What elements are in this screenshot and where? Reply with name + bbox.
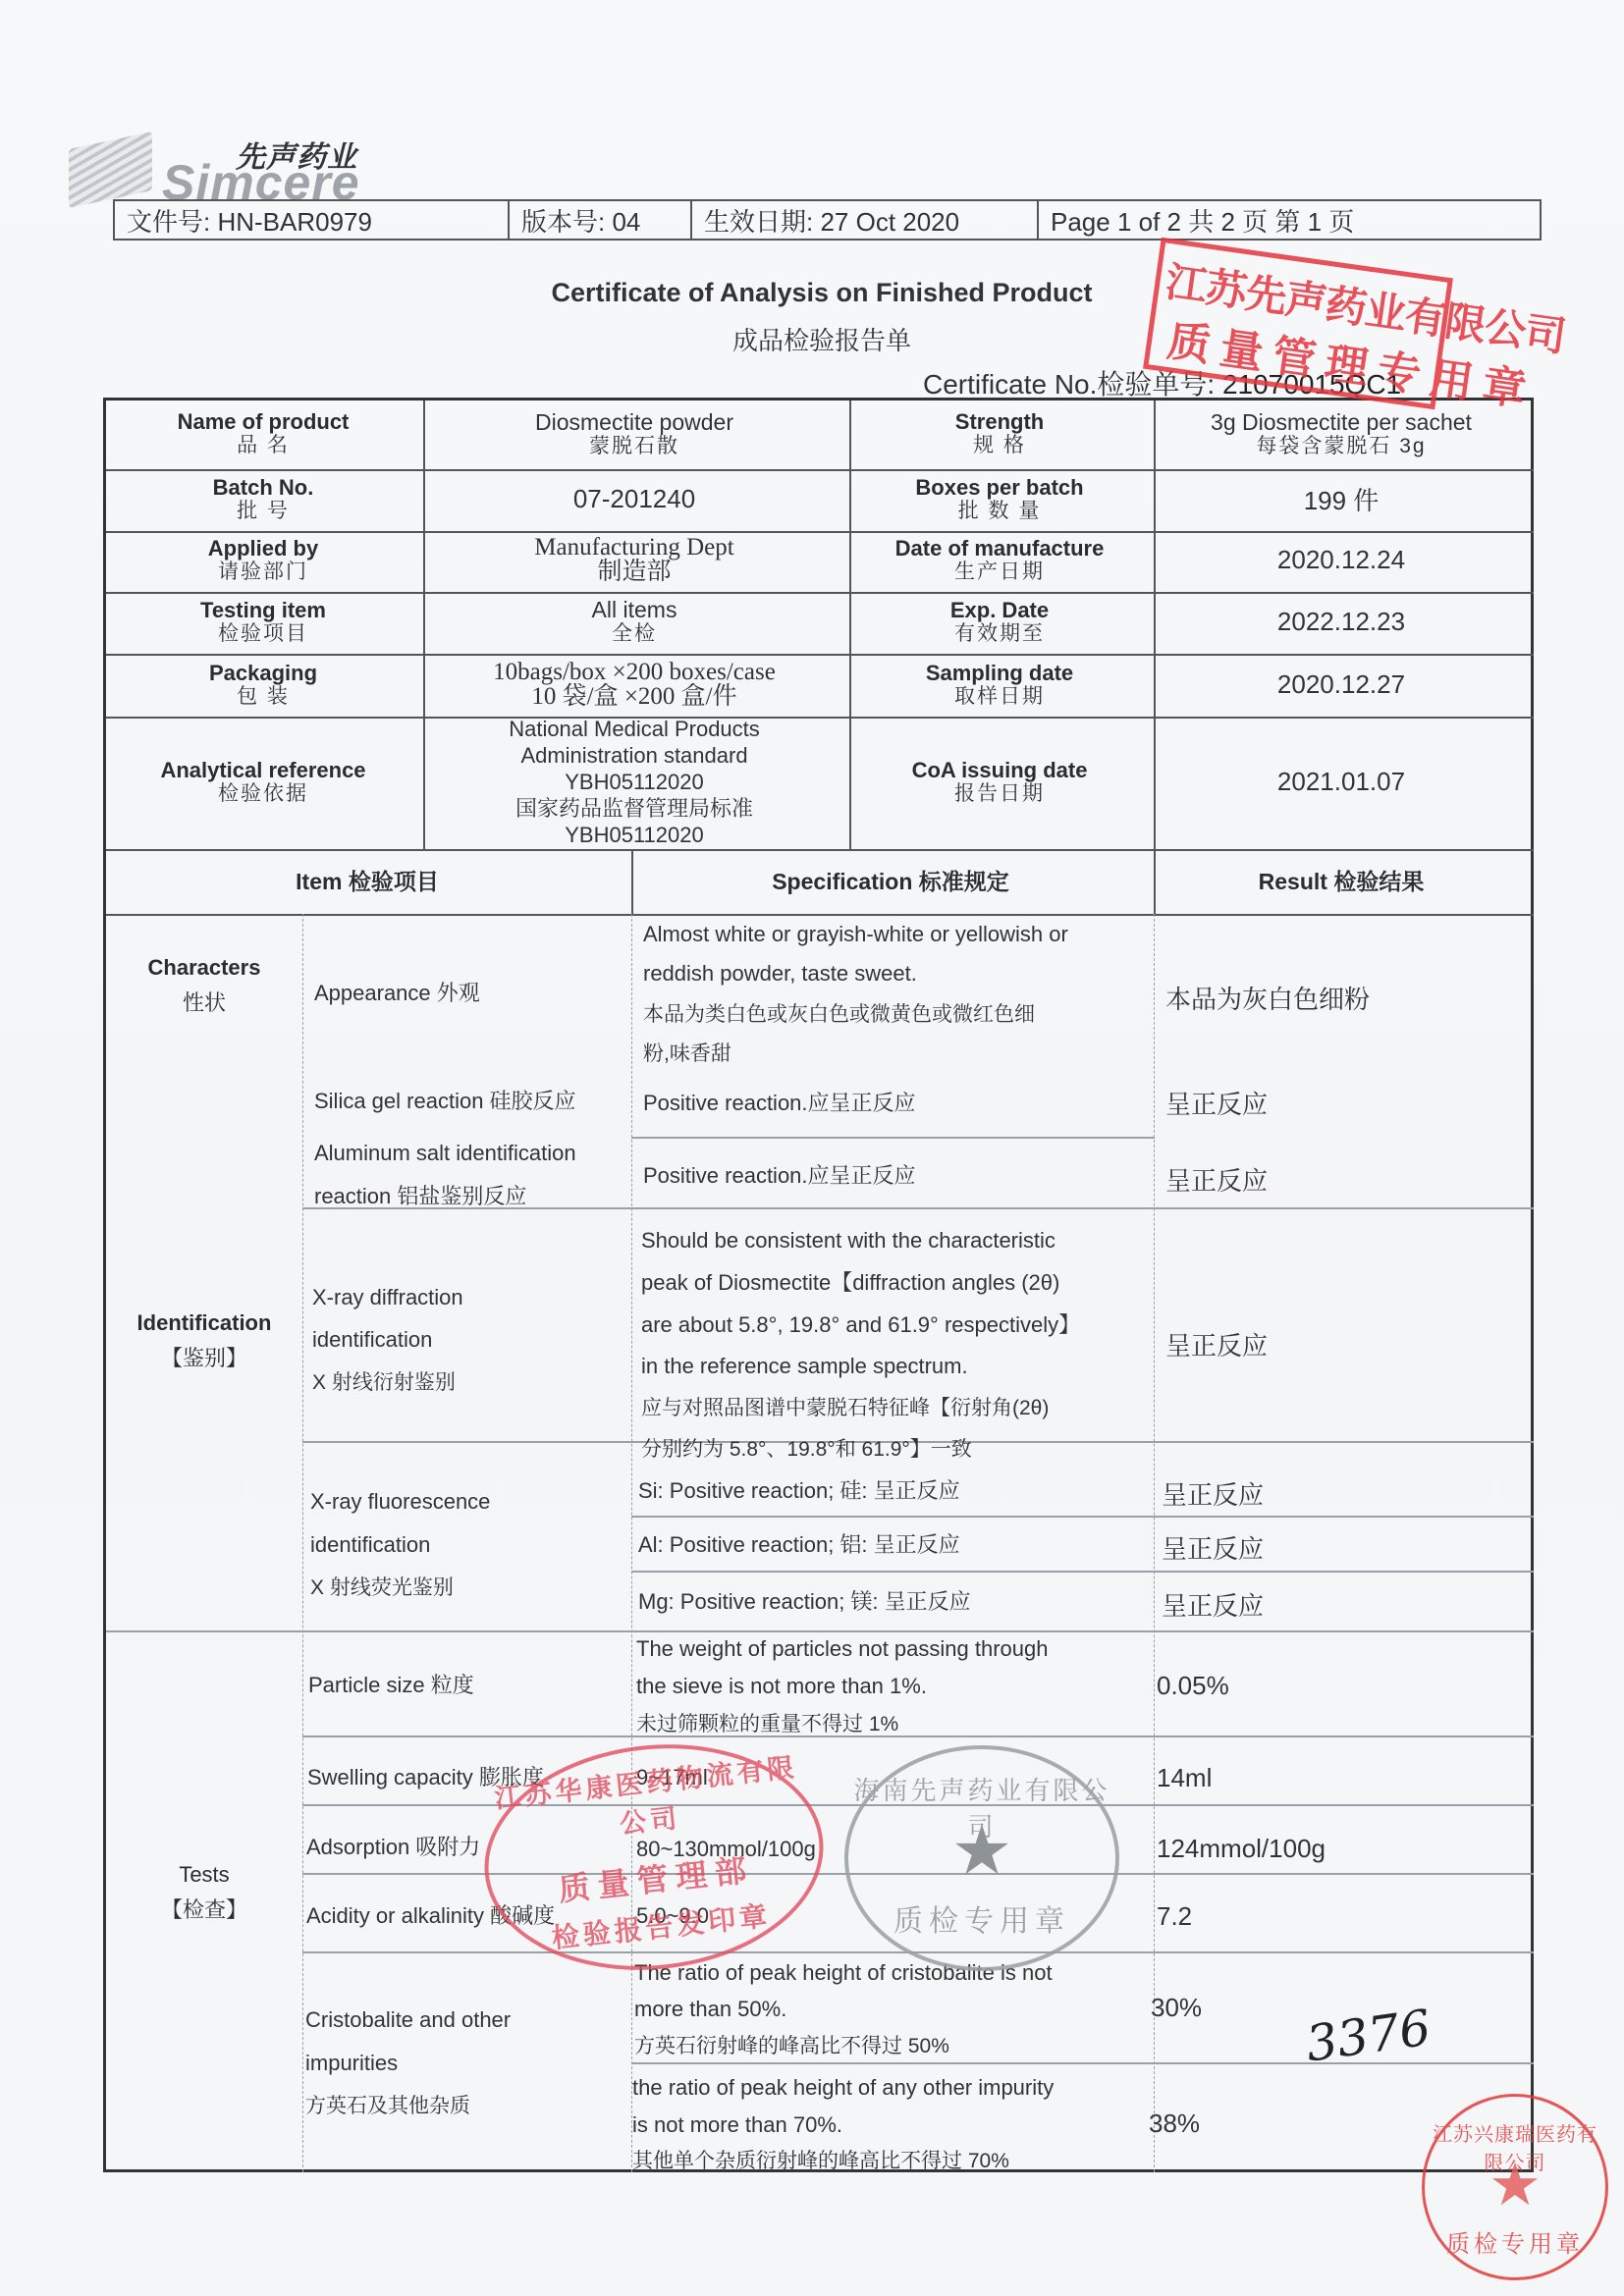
group-tests: Tests 【检查】 bbox=[106, 1857, 302, 1928]
value-batch-no: 07-201240 bbox=[422, 468, 846, 529]
item-xrd-3: X 射线衍射鉴别 bbox=[312, 1362, 456, 1405]
qc-stamp-grey: 海南先声药业有限公司 ★ 质检专用章 bbox=[844, 1745, 1119, 1971]
item-cristobalite-3: 方英石及其他杂质 bbox=[305, 2085, 470, 2128]
label-packaging: Packaging 包 装 bbox=[106, 654, 420, 715]
result-other-impurity: 38% bbox=[1149, 2109, 1200, 2139]
header-specification: Specification 标准规定 bbox=[630, 848, 1151, 911]
spec-appearance-1: Almost white or grayish-white or yellowi… bbox=[643, 913, 1068, 956]
result-cristobalite: 30% bbox=[1151, 1993, 1202, 2023]
result-adsorption: 124mmol/100g bbox=[1157, 1834, 1326, 1864]
spec-appearance-4: 粉,味香甜 bbox=[643, 1033, 731, 1076]
result-xrf-al: 呈正反应 bbox=[1162, 1529, 1264, 1566]
item-cristobalite-1: Cristobalite and other bbox=[305, 1999, 511, 2042]
result-xrf-si: 呈正反应 bbox=[1162, 1475, 1264, 1512]
spec-xrf-mg: Mg: Positive reaction; 镁: 呈正反应 bbox=[638, 1580, 971, 1624]
header-result: Result 检验结果 bbox=[1153, 848, 1530, 911]
value-product-name: Diosmectite powder 蒙脱石散 bbox=[422, 400, 846, 466]
spec-xrd-5: 应与对照品图谱中蒙脱石特征峰【衍射角(2θ) bbox=[641, 1387, 1049, 1430]
spec-appearance-3: 本品为类白色或灰白色或微黄色或微红色细 bbox=[643, 993, 1035, 1037]
spec-aluminum-salt: Positive reaction.应呈正反应 bbox=[643, 1154, 916, 1198]
label-batch-no: Batch No. 批 号 bbox=[106, 468, 420, 529]
label-strength: Strength 规 格 bbox=[848, 400, 1151, 466]
label-sampling-date: Sampling date 取样日期 bbox=[848, 654, 1151, 715]
label-testing-item: Testing item 检验项目 bbox=[106, 591, 420, 652]
label-date-of-manufacture: Date of manufacture 生产日期 bbox=[848, 530, 1151, 589]
value-exp-date: 2022.12.23 bbox=[1153, 591, 1530, 652]
document-header-bar: 文件号: HN-BAR0979 版本号: 04 生效日期: 27 Oct 202… bbox=[113, 199, 1542, 240]
spec-xrf-al: Al: Positive reaction; 铝: 呈正反应 bbox=[638, 1523, 960, 1567]
result-acidity: 7.2 bbox=[1157, 1901, 1192, 1932]
value-date-of-manufacture: 2020.12.24 bbox=[1153, 530, 1530, 589]
spec-particle-size-3: 未过筛颗粒的重量不得过 1% bbox=[636, 1703, 898, 1746]
value-coa-issuing-date: 2021.01.07 bbox=[1153, 717, 1530, 846]
item-particle-size: Particle size 粒度 bbox=[308, 1664, 474, 1707]
label-product-name: Name of product 品 名 bbox=[106, 400, 420, 466]
certificate-number-label: Certificate No.检验单号: bbox=[923, 369, 1215, 400]
star-icon: ★ bbox=[848, 1816, 1115, 1885]
item-xrf-2: identification bbox=[310, 1523, 430, 1567]
effective-date: 生效日期: 27 Oct 2020 bbox=[692, 201, 1039, 239]
certificate-page: 先声药业 Simcere 文件号: HN-BAR0979 版本号: 04 生效日… bbox=[0, 0, 1624, 2296]
star-icon: ★ bbox=[1425, 2156, 1605, 2215]
spec-xrd-2: peak of Diosmectite【diffraction angles (… bbox=[641, 1261, 1059, 1305]
item-appearance: Appearance 外观 bbox=[314, 972, 480, 1015]
value-packaging: 10bags/box ×200 boxes/case 10 袋/盒 ×200 盒… bbox=[422, 654, 846, 715]
qc-stamp-red-circle: 江苏兴康瑞医药有限公司 ★ 质检专用章 bbox=[1422, 2094, 1608, 2280]
spec-particle-size-2: the sieve is not more than 1%. bbox=[636, 1665, 927, 1708]
group-characters: Characters 性状 bbox=[106, 950, 302, 1021]
result-appearance: 本品为灰白色细粉 bbox=[1165, 980, 1370, 1016]
value-testing-item: All items 全检 bbox=[422, 591, 846, 652]
spec-xrd-6: 分别约为 5.8°、19.8°和 61.9°】一致 bbox=[641, 1428, 972, 1471]
item-xrf-1: X-ray fluorescence bbox=[310, 1480, 490, 1523]
item-silica-gel: Silica gel reaction 硅胶反应 bbox=[314, 1080, 576, 1123]
spec-xrf-si: Si: Positive reaction; 硅: 呈正反应 bbox=[638, 1469, 960, 1513]
value-sampling-date: 2020.12.27 bbox=[1153, 654, 1530, 715]
spec-xrd-3: are about 5.8°, 19.8° and 61.9° respecti… bbox=[641, 1304, 1080, 1347]
item-xrf-3: X 射线荧光鉴别 bbox=[310, 1567, 454, 1610]
version-number: 版本号: 04 bbox=[510, 201, 692, 239]
label-analytical-reference: Analytical reference 检验依据 bbox=[106, 717, 420, 846]
item-cristobalite-2: impurities bbox=[305, 2042, 398, 2085]
result-swelling-capacity: 14ml bbox=[1157, 1763, 1212, 1793]
item-adsorption: Adsorption 吸附力 bbox=[306, 1826, 480, 1869]
result-particle-size: 0.05% bbox=[1157, 1671, 1229, 1701]
spec-silica-gel: Positive reaction.应呈正反应 bbox=[643, 1082, 916, 1125]
spec-xrd-1: Should be consistent with the characteri… bbox=[641, 1219, 1056, 1262]
result-aluminum-salt: 呈正反应 bbox=[1165, 1161, 1268, 1198]
spec-appearance-2: reddish powder, taste sweet. bbox=[643, 952, 917, 995]
group-identification: Identification 【鉴别】 bbox=[106, 1306, 302, 1376]
value-boxes-per-batch: 199 件 bbox=[1153, 468, 1530, 529]
header-item: Item 检验项目 bbox=[106, 848, 628, 911]
label-coa-issuing-date: CoA issuing date 报告日期 bbox=[848, 717, 1151, 846]
label-boxes-per-batch: Boxes per batch 批 数 量 bbox=[848, 468, 1151, 529]
spec-other-impurity-3: 其他单个杂质衍射峰的峰高比不得过 70% bbox=[632, 2140, 1009, 2183]
spec-cristobalite-3: 方英石衍射峰的峰高比不得过 50% bbox=[634, 2025, 949, 2068]
value-applied-by: Manufacturing Dept 制造部 bbox=[422, 530, 846, 589]
label-exp-date: Exp. Date 有效期至 bbox=[848, 591, 1151, 652]
result-xrf-mg: 呈正反应 bbox=[1162, 1586, 1264, 1623]
item-aluminum-salt-2: reaction 铝盐鉴别反应 bbox=[314, 1175, 526, 1218]
spec-xrd-4: in the reference sample spectrum. bbox=[641, 1345, 968, 1388]
label-applied-by: Applied by 请验部门 bbox=[106, 530, 420, 589]
item-aluminum-salt-1: Aluminum salt identification bbox=[314, 1132, 576, 1175]
page-indicator: Page 1 of 2 共 2 页 第 1 页 bbox=[1039, 201, 1540, 239]
item-xrd-2: identification bbox=[312, 1318, 432, 1362]
company-logo: 先声药业 Simcere bbox=[69, 133, 383, 201]
file-number: 文件号: HN-BAR0979 bbox=[115, 201, 510, 239]
value-analytical-reference: National Medical Products Administration… bbox=[422, 717, 846, 846]
logo-flag-icon bbox=[69, 132, 152, 208]
result-xrd: 呈正反应 bbox=[1165, 1326, 1268, 1362]
item-xrd-1: X-ray diffraction bbox=[312, 1276, 463, 1319]
result-silica-gel: 呈正反应 bbox=[1165, 1085, 1268, 1121]
